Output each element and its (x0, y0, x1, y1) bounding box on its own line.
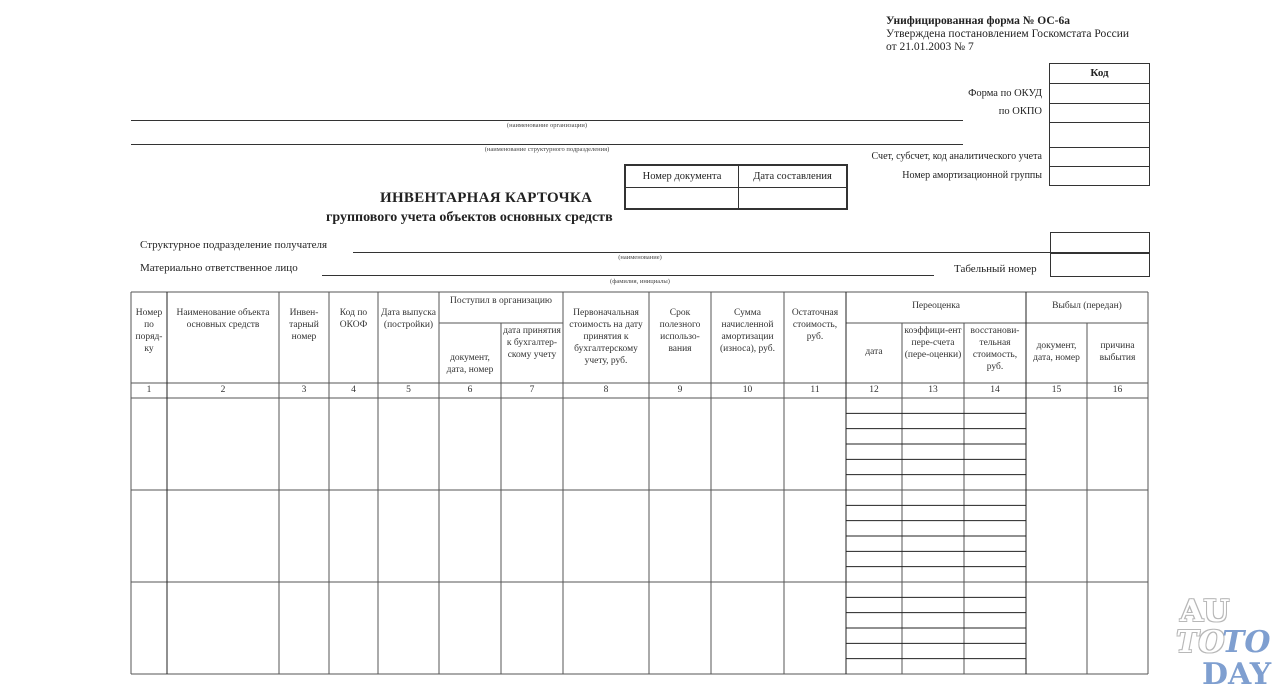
column-header-3: Инвен-тарный номер (280, 307, 328, 343)
table-cell-r2-c15[interactable] (1027, 491, 1086, 581)
column-number-1: 1 (131, 385, 167, 395)
column-number-9: 9 (649, 385, 711, 395)
column-header-6: документ, дата, номер (440, 352, 500, 376)
table-cell-r2-c6[interactable] (440, 491, 500, 581)
table-cell-r2-c4[interactable] (330, 491, 377, 581)
column-number-5: 5 (378, 385, 439, 395)
table-cell-r3-c15[interactable] (1027, 583, 1086, 673)
table-cell-r3-c2[interactable] (168, 583, 278, 673)
column-number-6: 6 (439, 385, 501, 395)
column-header-2: Наименование объекта основных средств (168, 307, 278, 331)
column-header-9: Срок полезного использо-вания (650, 307, 710, 355)
table-cell-r3-c13[interactable] (903, 583, 963, 673)
column-header-11: Остаточная стоимость, руб. (785, 307, 845, 343)
column-header-14: восстанови-тельная стоимость, руб. (965, 325, 1025, 373)
column-number-13: 13 (902, 385, 964, 395)
table-cell-r3-c12[interactable] (847, 583, 901, 673)
column-header-7: дата принятия к бухгалтер-скому учету (502, 325, 562, 361)
column-header-4: Код по ОКОФ (330, 307, 377, 331)
watermark-day: DAY (1202, 660, 1271, 690)
table-cell-r2-c5[interactable] (379, 491, 438, 581)
column-header-12: дата (847, 346, 901, 358)
watermark-to-outline: TO (1176, 628, 1224, 658)
table-cell-r3-c3[interactable] (280, 583, 328, 673)
table-cell-r2-c8[interactable] (564, 491, 648, 581)
table-cell-r2-c14[interactable] (965, 491, 1025, 581)
table-cell-r1-c16[interactable] (1088, 399, 1147, 489)
group-header-1: Переоценка (850, 300, 1022, 312)
column-number-10: 10 (711, 385, 784, 395)
table-cell-r2-c11[interactable] (785, 491, 845, 581)
group-header-2: Выбыл (передан) (1030, 300, 1144, 312)
column-number-2: 2 (167, 385, 279, 395)
table-cell-r1-c3[interactable] (280, 399, 328, 489)
column-number-4: 4 (329, 385, 378, 395)
group-header-0: Поступил в организацию (443, 295, 559, 307)
table-cell-r1-c4[interactable] (330, 399, 377, 489)
table-cell-r2-c3[interactable] (280, 491, 328, 581)
table-cell-r3-c7[interactable] (502, 583, 562, 673)
table-cell-r1-c10[interactable] (712, 399, 783, 489)
column-number-14: 14 (964, 385, 1026, 395)
table-cell-r3-c16[interactable] (1088, 583, 1147, 673)
column-header-5: Дата выпуска (постройки) (379, 307, 438, 331)
column-header-10: Сумма начисленной амортизации (износа), … (712, 307, 783, 355)
column-header-15: документ, дата, номер (1027, 340, 1086, 364)
column-number-16: 16 (1087, 385, 1148, 395)
table-cell-r2-c1[interactable] (132, 491, 166, 581)
table-cell-r1-c12[interactable] (847, 399, 901, 489)
column-number-3: 3 (279, 385, 329, 395)
column-number-11: 11 (784, 385, 846, 395)
watermark-au: AU (1180, 597, 1229, 627)
table-cell-r1-c7[interactable] (502, 399, 562, 489)
column-header-8: Первоначальная стоимость на дату приняти… (564, 307, 648, 367)
table-cell-r1-c11[interactable] (785, 399, 845, 489)
table-cell-r2-c13[interactable] (903, 491, 963, 581)
table-cell-r3-c10[interactable] (712, 583, 783, 673)
table-cell-r1-c13[interactable] (903, 399, 963, 489)
table-cell-r3-c1[interactable] (132, 583, 166, 673)
table-cell-r1-c5[interactable] (379, 399, 438, 489)
table-cell-r3-c5[interactable] (379, 583, 438, 673)
table-cell-r3-c11[interactable] (785, 583, 845, 673)
column-number-7: 7 (501, 385, 563, 395)
table-cell-r1-c15[interactable] (1027, 399, 1086, 489)
column-number-12: 12 (846, 385, 902, 395)
table-cell-r2-c12[interactable] (847, 491, 901, 581)
table-cell-r2-c16[interactable] (1088, 491, 1147, 581)
table-cell-r1-c8[interactable] (564, 399, 648, 489)
column-number-15: 15 (1026, 385, 1087, 395)
table-cell-r2-c7[interactable] (502, 491, 562, 581)
table-cell-r3-c14[interactable] (965, 583, 1025, 673)
table-cell-r3-c8[interactable] (564, 583, 648, 673)
column-number-8: 8 (563, 385, 649, 395)
column-header-16: причина выбытия (1088, 340, 1147, 364)
table-cell-r2-c9[interactable] (650, 491, 710, 581)
table-cell-r2-c10[interactable] (712, 491, 783, 581)
column-header-1: Номер по поряд-ку (132, 307, 166, 355)
watermark-to-blue: TO (1222, 628, 1270, 658)
table-cell-r1-c9[interactable] (650, 399, 710, 489)
table-cell-r3-c6[interactable] (440, 583, 500, 673)
table-cell-r3-c4[interactable] (330, 583, 377, 673)
table-cell-r1-c6[interactable] (440, 399, 500, 489)
table-cell-r1-c1[interactable] (132, 399, 166, 489)
table-cell-r3-c9[interactable] (650, 583, 710, 673)
table-cell-r1-c14[interactable] (965, 399, 1025, 489)
table-cell-r2-c2[interactable] (168, 491, 278, 581)
column-header-13: коэффици-ент пере-счета (пере-оценки) (903, 325, 963, 361)
table-cell-r1-c2[interactable] (168, 399, 278, 489)
